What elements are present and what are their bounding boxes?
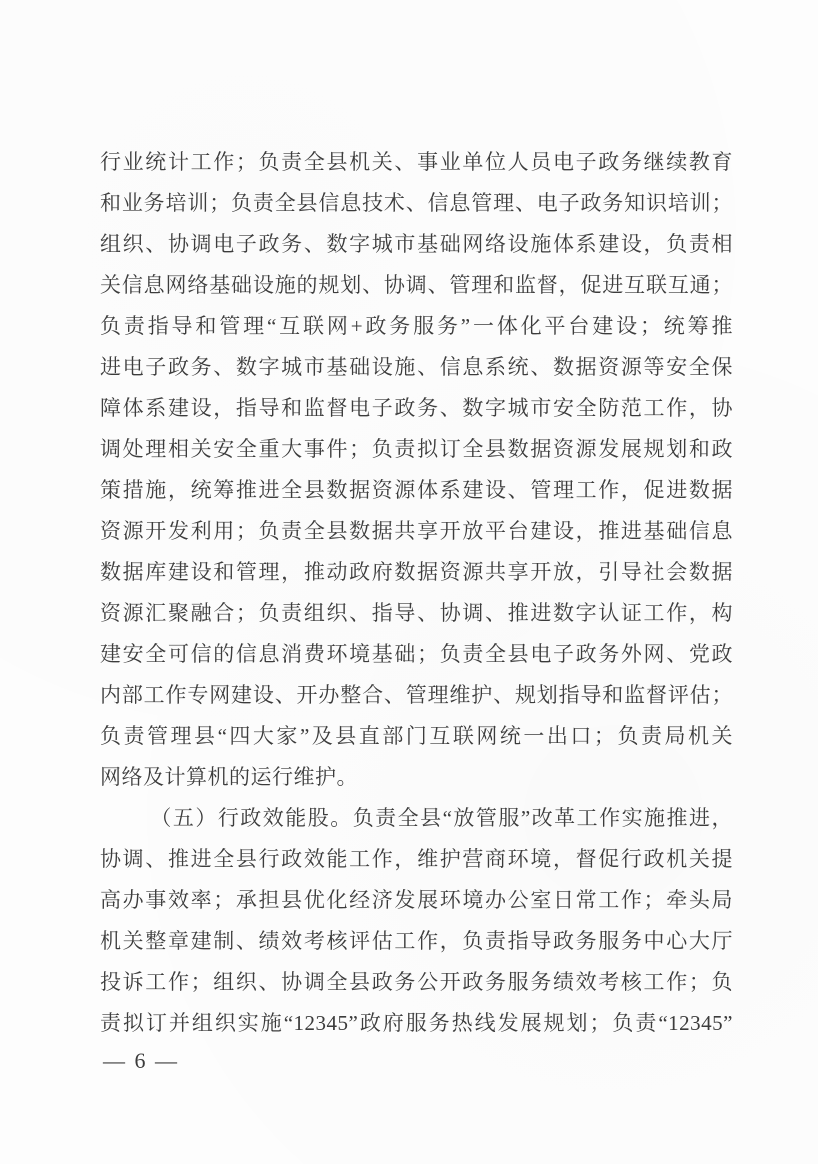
text-line: 关信息网络基础设施的规划、协调、管理和监督，促进互联互通；	[100, 265, 733, 306]
text-line: 责拟订并组织实施“12345”政府服务热线发展规划；负责“12345”	[100, 1003, 733, 1044]
document-page: 行业统计工作；负责全县机关、事业单位人员电子政务继续教育和业务培训；负责全县信息…	[0, 0, 818, 1164]
text-line: 组织、协调电子政务、数字城市基础网络设施体系建设，负责相	[100, 224, 733, 265]
text-line: 负责管理县“四大家”及县直部门互联网统一出口；负责局机关	[100, 716, 733, 757]
text-line: 投诉工作；组织、协调全县政务公开政务服务绩效考核工作；负	[100, 962, 733, 1003]
text-line: 策措施，统筹推进全县数据资源体系建设、管理工作，促进数据	[100, 470, 733, 511]
text-line: （五）行政效能股。负责全县“放管服”改革工作实施推进，	[100, 798, 733, 839]
text-line: 建安全可信的信息消费环境基础；负责全县电子政务外网、党政	[100, 634, 733, 675]
text-line: 网络及计算机的运行维护。	[100, 757, 733, 798]
text-line: 负责指导和管理“互联网+政务服务”一体化平台建设；统筹推	[100, 306, 733, 347]
text-line: 进电子政务、数字城市基础设施、信息系统、数据资源等安全保	[100, 347, 733, 388]
text-line: 资源开发利用；负责全县数据共享开放平台建设，推进基础信息	[100, 511, 733, 552]
text-line: 内部工作专网建设、开办整合、管理维护、规划指导和监督评估；	[100, 675, 733, 716]
text-line: 高办事效率；承担县优化经济发展环境办公室日常工作；牵头局	[100, 880, 733, 921]
text-block: 行业统计工作；负责全县机关、事业单位人员电子政务继续教育和业务培训；负责全县信息…	[100, 142, 733, 1044]
text-line: 和业务培训；负责全县信息技术、信息管理、电子政务知识培训；	[100, 183, 733, 224]
text-line: 资源汇聚融合；负责组织、指导、协调、推进数字认证工作，构	[100, 593, 733, 634]
text-line: 调处理相关安全重大事件；负责拟订全县数据资源发展规划和政	[100, 429, 733, 470]
text-line: 机关整章建制、绩效考核评估工作，负责指导政务服务中心大厅	[100, 921, 733, 962]
page-number: — 6 —	[103, 1046, 179, 1076]
text-line: 行业统计工作；负责全县机关、事业单位人员电子政务继续教育	[100, 142, 733, 183]
text-line: 数据库建设和管理，推动政府数据资源共享开放，引导社会数据	[100, 552, 733, 593]
text-line: 协调、推进全县行政效能工作，维护营商环境，督促行政机关提	[100, 839, 733, 880]
text-line: 障体系建设，指导和监督电子政务、数字城市安全防范工作，协	[100, 388, 733, 429]
